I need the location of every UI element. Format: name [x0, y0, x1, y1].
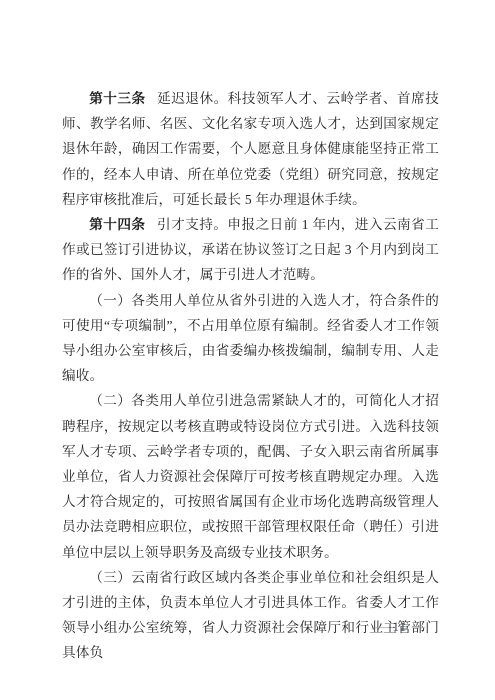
clause-2-text: （二）各类用人单位引进急需紧缺人才的，可简化人才招聘程序，按规定以考核直聘或特设… [62, 393, 439, 559]
document-page: 第十三条延迟退休。科技领军人才、云岭学者、首席技师、教学名师、名医、文化名家专项… [0, 0, 495, 700]
page-number: —11— [374, 619, 425, 635]
article-13-paragraph: 第十三条延迟退休。科技领军人才、云岭学者、首席技师、教学名师、名医、文化名家专项… [62, 86, 439, 212]
page-number-value: 11 [392, 619, 407, 634]
clause-3-text: （三）云南省行政区域内各类企事业单位和社会组织是人才引进的主体，负责本单位人才引… [62, 570, 439, 661]
clause-2-paragraph: （二）各类用人单位引进急需紧缺人才的，可简化人才招聘程序，按规定以考核直聘或特设… [62, 388, 439, 564]
article-13-text: 延迟退休。科技领军人才、云岭学者、首席技师、教学名师、名医、文化名家专项入选人才… [62, 91, 439, 207]
clause-1-paragraph: （一）各类用人单位从省外引进的入选人才，符合条件的可使用“专项编制”，不占用单位… [62, 288, 439, 389]
article-14-paragraph: 第十四条引才支持。申报之日前 1 年内，进入云南省工作或已签订引进协议，承诺在协… [62, 212, 439, 288]
page-number-dash-right: — [412, 619, 425, 634]
page-number-dash-left: — [374, 619, 387, 634]
document-text-block: 第十三条延迟退休。科技领军人才、云岭学者、首席技师、教学名师、名医、文化名家专项… [62, 86, 439, 666]
article-14-number: 第十四条 [89, 217, 145, 232]
article-13-number: 第十三条 [89, 91, 145, 106]
clause-3-paragraph: （三）云南省行政区域内各类企事业单位和社会组织是人才引进的主体，负责本单位人才引… [62, 565, 439, 666]
clause-1-text: （一）各类用人单位从省外引进的入选人才，符合条件的可使用“专项编制”，不占用单位… [62, 293, 439, 384]
